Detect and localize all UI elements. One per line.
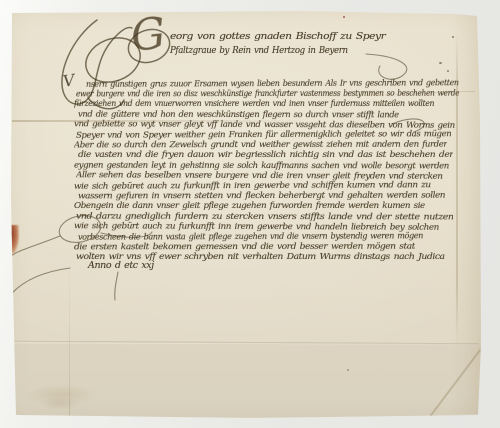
header-initial-letter: G <box>128 8 167 61</box>
paper-speck <box>452 36 454 38</box>
paper-speck <box>447 70 449 72</box>
header-line-2: Pfaltzgraue by Rein vnd Hertzog in Beyer… <box>170 45 367 56</box>
wax-seal-remnant <box>3 225 19 255</box>
fold-panel-shading <box>12 344 481 417</box>
paper-speck <box>343 16 345 18</box>
dateline-anno: Anno d etc xxj <box>88 260 154 271</box>
stain-bottom-left-2 <box>40 398 80 410</box>
fold-crease-horizontal-main <box>13 341 479 345</box>
paper-speck <box>439 62 442 64</box>
photo-of-manuscript: G eorg von gottes gnaden Bischoff zu Spe… <box>0 0 500 428</box>
header-line-1: eorg von gottes gnaden Bischoff zu Speyr <box>170 31 361 42</box>
fold-crease-diagonal-corner <box>421 349 481 427</box>
paper-speck <box>347 369 349 371</box>
body-line: fürzeziehen vnd dem vnuerworren vnsicher… <box>74 99 434 110</box>
body-initial-letter: V <box>62 70 76 91</box>
edge-shading-right <box>450 14 481 414</box>
wax-seal-dark-core <box>6 230 12 238</box>
manuscript-paper: G eorg von gottes gnaden Bischoff zu Spe… <box>0 0 500 428</box>
